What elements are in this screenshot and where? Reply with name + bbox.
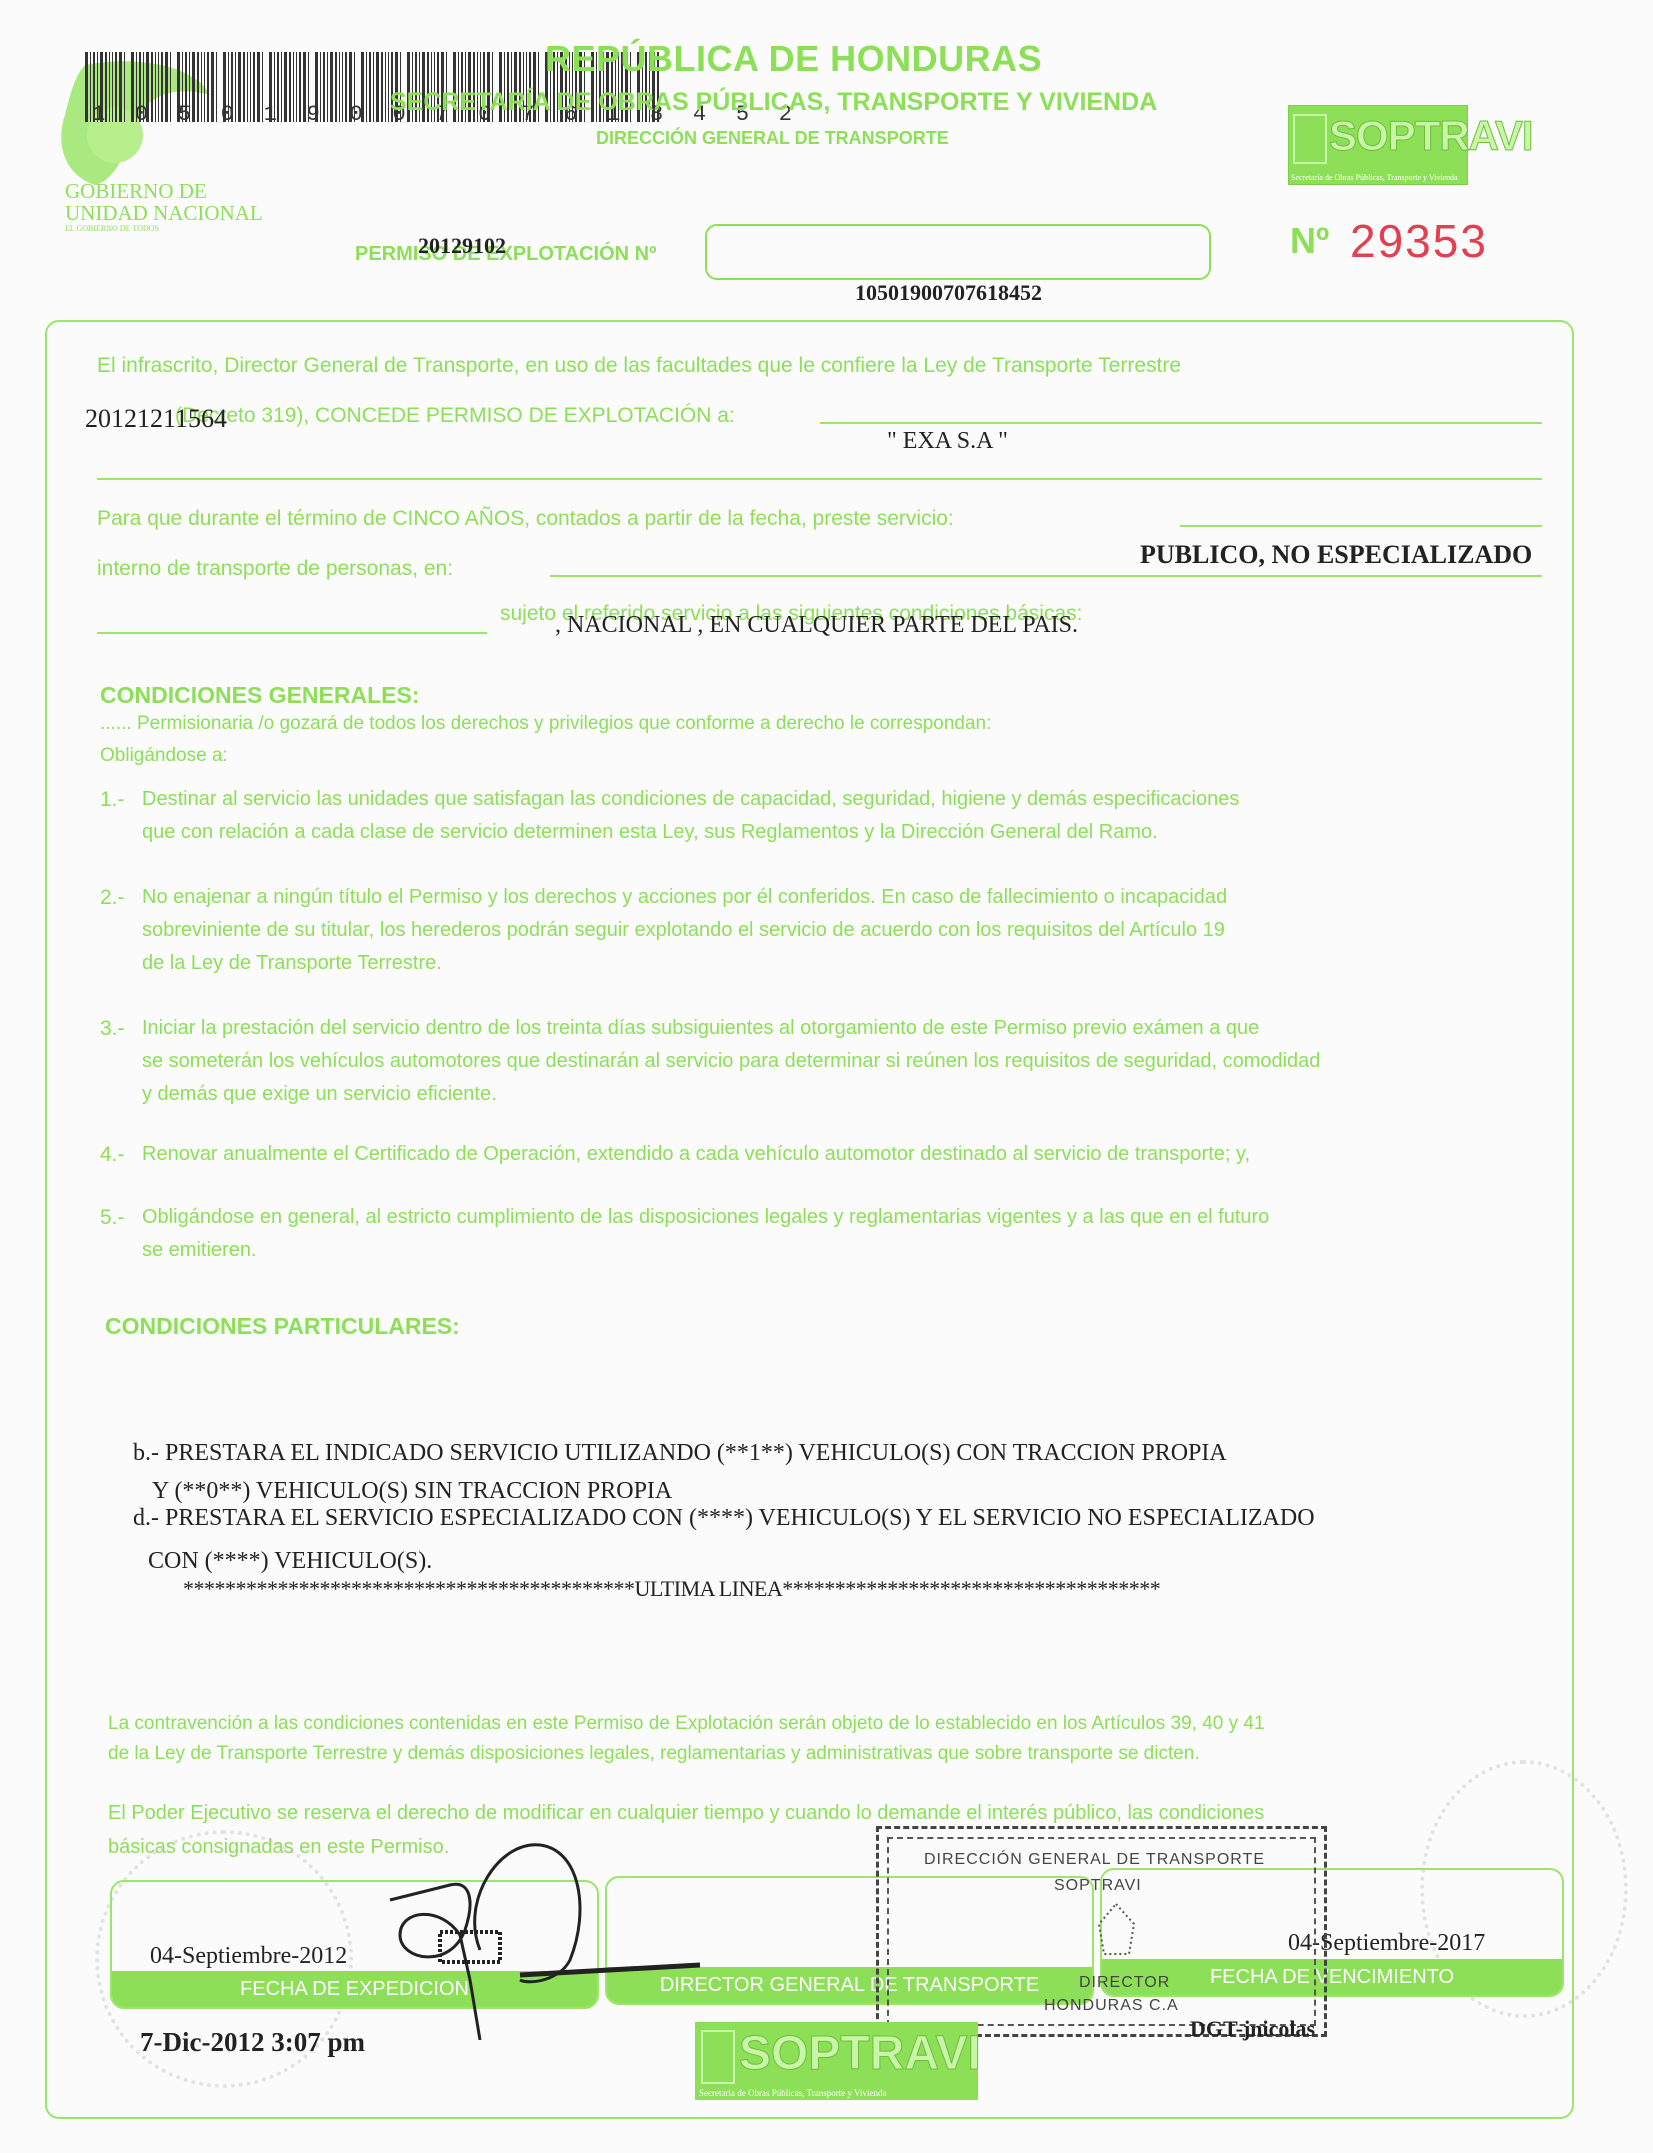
particular-line-d2: CON (****) VEHICULO(S). (148, 1548, 432, 1575)
condition-text: se someterán los vehículos automotores q… (142, 1050, 1320, 1073)
condition-text: y demás que exige un servicio eficiente. (142, 1083, 497, 1106)
subject-blank-line (97, 632, 487, 634)
intro-line1: El infrascrito, Director General de Tran… (97, 354, 1181, 378)
printed-timestamp: 7-Dic-2012 3:07 pm (140, 2027, 365, 2058)
condition-number: 2.- (100, 886, 125, 910)
barcode-digit: 0 (350, 102, 363, 127)
emblem-icon (1293, 114, 1327, 164)
title-country: REPÚBLICA DE HONDURAS (545, 38, 1042, 80)
soptravi-wordmark-footer: SOPTRAVI (739, 2026, 981, 2081)
barcode-digit: 9 (307, 102, 320, 127)
grantee-line-2 (97, 478, 1542, 480)
barcode-digit: 0 (221, 102, 234, 127)
barcode-digit: 1 (92, 102, 105, 127)
service-type: PUBLICO, NO ESPECIALIZADO (1140, 540, 1532, 570)
barcode-digit: 0 (135, 102, 148, 127)
last-line-marker: ****************************************… (183, 1576, 1160, 1602)
particular-line-d: d.- PRESTARA EL SERVICIO ESPECIALIZADO C… (133, 1505, 1315, 1532)
soptravi-tagline: Secretaría de Obras Públicas, Transporte… (1291, 173, 1458, 182)
soptravi-logo: SOPTRAVI Secretaría de Obras Públicas, T… (1288, 105, 1468, 185)
official-stamp: DIRECCIÓN GENERAL DE TRANSPORTE SOPTRAVI… (876, 1826, 1327, 2037)
issue-date: 04-Septiembre-2012 (150, 1943, 347, 1970)
closing-para1-line2: de la Ley de Transporte Terrestre y demá… (108, 1743, 1200, 1765)
condition-number: 3.- (100, 1017, 125, 1041)
barcode-digit: 1 (264, 102, 277, 127)
soptravi-wordmark: SOPTRAVI (1329, 112, 1533, 160)
barcode-digit: 5 (178, 102, 191, 127)
condition-text: Obligándose en general, al estricto cump… (142, 1206, 1269, 1229)
intro-line2: (Decreto 319), CONCEDE PERMISO DE EXPLOT… (175, 404, 735, 428)
title-ministry: SECRETARÍA DE OBRAS PÚBLICAS, TRANSPORTE… (390, 88, 1157, 117)
stamp-line2: SOPTRAVI (1054, 1877, 1142, 1895)
gov-logo-text: GOBIERNO DE UNIDAD NACIONAL EL GOBIERNO … (65, 180, 263, 234)
soptravi-logo-footer: SOPTRAVI Secretaría de Obras Públicas, T… (695, 2022, 978, 2100)
particular-line-b2: Y (**0**) VEHICULO(S) SIN TRACCION PROPI… (152, 1478, 672, 1505)
operator-id: DGT-jnicolas (1190, 2016, 1315, 2042)
grantee-line (820, 422, 1542, 424)
condition-text: Destinar al servicio las unidades que sa… (142, 788, 1239, 811)
closing-para2-line1: El Poder Ejecutivo se reserva el derecho… (108, 1802, 1264, 1825)
particular-conditions-heading: CONDICIONES PARTICULARES: (105, 1313, 460, 1340)
condition-text: sobreviniente de su titular, los hereder… (142, 919, 1225, 942)
location-line (550, 575, 1542, 577)
condition-text: No enajenar a ningún título el Permiso y… (142, 886, 1227, 909)
condition-text: de la Ley de Transporte Terrestre. (142, 952, 442, 975)
stamp-line1: DIRECCIÓN GENERAL DE TRANSPORTE (924, 1851, 1265, 1869)
service-line: interno de transporte de personas, en: (97, 557, 453, 581)
serial-number: 29353 (1350, 214, 1488, 268)
gov-logo-line2: UNIDAD NACIONAL (65, 202, 263, 224)
serial-label: Nº (1290, 220, 1329, 262)
typed-permit-ref: 20129102 (418, 233, 506, 259)
typed-permit-number: 10501900707618452 (855, 280, 1042, 306)
condition-text: Iniciar la prestación del servicio dentr… (142, 1017, 1259, 1040)
condition-text: se emitieren. (142, 1239, 257, 1262)
particular-line-b: b.- PRESTARA EL INDICADO SERVICIO UTILIZ… (133, 1440, 1227, 1467)
closing-para1-line1: La contravención a las condiciones conte… (108, 1713, 1265, 1735)
stamp-line4: HONDURAS C.A (1044, 1997, 1179, 2015)
general-conditions-intro: ...... Permisionaria /o gozará de todos … (100, 713, 991, 735)
gov-logo-line1: GOBIERNO DE (65, 180, 263, 202)
general-conditions-heading: CONDICIONES GENERALES: (100, 682, 419, 709)
obligation-label: Obligándose a: (100, 745, 228, 767)
gov-logo-tagline: EL GOBIERNO DE TODOS (65, 224, 263, 234)
title-direction: DIRECCIÓN GENERAL DE TRANSPORTE (596, 128, 949, 149)
condition-text: que con relación a cada clase de servici… (142, 821, 1158, 844)
permit-number-box (705, 224, 1211, 280)
coat-of-arms-icon (1089, 1899, 1144, 1969)
condition-text: Renovar anualmente el Certificado de Ope… (142, 1143, 1250, 1166)
service-blank-line (1180, 525, 1542, 527)
typed-resolution-number: 20121211564 (85, 404, 227, 434)
term-line: Para que durante el término de CINCO AÑO… (97, 507, 954, 531)
condition-number: 4.- (100, 1143, 125, 1167)
grantee-name: " EXA S.A " (887, 428, 1008, 455)
condition-number: 1.- (100, 788, 125, 812)
service-scope: , NACIONAL , EN CUALQUIER PARTE DEL PAIS… (555, 612, 1078, 639)
emblem-icon (701, 2030, 735, 2084)
director-signature (380, 1840, 820, 2040)
condition-number: 5.- (100, 1206, 125, 1230)
soptravi-tagline-footer: Secretaría de Obras Públicas, Transporte… (699, 2088, 887, 2098)
stamp-line3: DIRECTOR (1079, 1974, 1170, 1992)
